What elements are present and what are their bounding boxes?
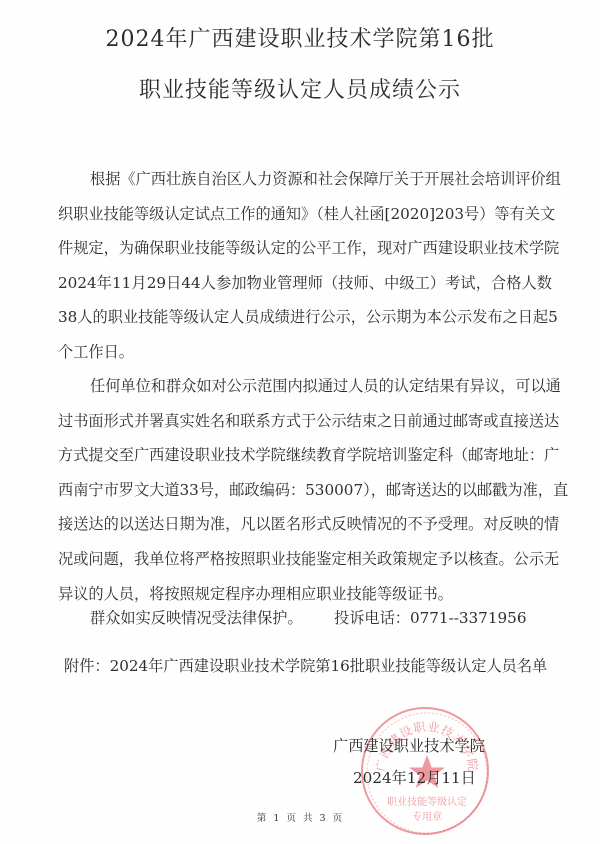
- paragraph-line: 件规定，为确保职业技能等级认定的公平工作，现对广西建设职业技术学院: [58, 231, 552, 266]
- paragraph-legal-basis: 根据《广西壮族自治区人力资源和社会保障厅关于开展社会培训评价组 织职业技能等级认…: [58, 162, 552, 370]
- paragraph-line: 方式提交至广西建设职业技术学院继续教育学院培训鉴定科（邮寄地址：广: [58, 438, 552, 473]
- paragraph-line: 个工作日。: [58, 335, 552, 370]
- legal-protection-note: 群众如实反映情况受法律保护。: [90, 607, 303, 628]
- page-number-footer: 第 1 页 共 3 页: [0, 810, 600, 824]
- svg-text:职业技能等级认定: 职业技能等级认定: [387, 795, 467, 808]
- paragraph-line: 况或问题，我单位将严格按照职业技能鉴定相关政策规定予以核查。公示无: [58, 542, 552, 577]
- paragraph-line: 根据《广西壮族自治区人力资源和社会保障厅关于开展社会培训评价组: [58, 162, 552, 197]
- attachment-note: 附件：2024年广西建设职业技术学院第16批职业技能等级认定人员名单: [64, 655, 547, 676]
- signature-organization: 广西建设职业技术学院: [333, 735, 485, 756]
- document-page: 2024年广西建设职业技术学院第16批 职业技能等级认定人员成绩公示 根据《广西…: [0, 0, 600, 844]
- paragraph-line: 接送达的以送达日期为准，凡以匿名形式反映情况的不予受理。对反映的情: [58, 507, 552, 542]
- paragraph-line: 38人的职业技能等级认定人员成绩进行公示，公示期为本公示发布之日起5: [58, 300, 552, 335]
- document-title-line2: 职业技能等级认定人员成绩公示: [0, 73, 600, 104]
- document-title-line1: 2024年广西建设职业技术学院第16批: [0, 22, 600, 53]
- paragraph-line: 过书面形式并署真实姓名和联系方式于公示结束之日前通过邮寄或直接送达: [58, 404, 552, 439]
- paragraph-line: 任何单位和群众如对公示范围内拟通过人员的认定结果有异议，可以通: [58, 369, 552, 404]
- paragraph-line: 2024年11月29日44人参加物业管理师（技师、中级工）考试，合格人数: [58, 266, 552, 301]
- complaint-phone: 投诉电话：0771--3371956: [334, 607, 527, 628]
- paragraph-line: 织职业技能等级认定试点工作的通知》（桂人社函[2020]203号）等有关文: [58, 197, 552, 232]
- paragraph-line: 西南宁市罗文大道33号，邮政编码：530007），邮寄送达的以邮戳为准，直: [58, 473, 552, 508]
- paragraph-line: 异议的人员，将按照规定程序办理相应职业技能等级证书。: [58, 577, 552, 612]
- paragraph-objection-procedure: 任何单位和群众如对公示范围内拟通过人员的认定结果有异议，可以通 过书面形式并署真…: [58, 369, 552, 611]
- signature-date: 2024年12月11日: [353, 767, 476, 788]
